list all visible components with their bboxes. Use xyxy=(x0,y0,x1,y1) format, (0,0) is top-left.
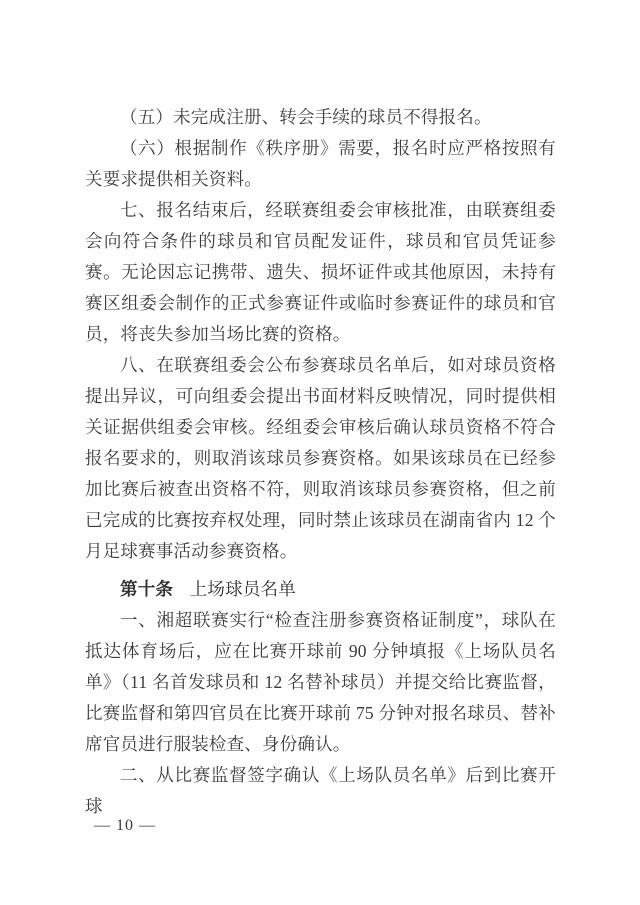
item-2-paragraph: 二、从比赛监督签字确认《上场队员名单》后到比赛开球 xyxy=(85,760,556,822)
document-body: （五）未完成注册、转会手续的球员不得报名。 （六）根据制作《秩序册》需要，报名时… xyxy=(85,102,556,822)
item-1-paragraph: 一、湘超联赛实行“检查注册参赛资格证制度”，球队在抵达体育场后，应在比赛开球前 … xyxy=(85,605,556,760)
clause-6-paragraph: （六）根据制作《秩序册》需要，报名时应严格按照有关要求提供相关资料。 xyxy=(85,133,556,195)
page-number: — 10 — xyxy=(94,817,156,835)
article-8-paragraph: 八、在联赛组委会公布参赛球员名单后，如对球员资格提出异议，可向组委会提出书面材料… xyxy=(85,350,556,567)
clause-5-paragraph: （五）未完成注册、转会手续的球员不得报名。 xyxy=(85,102,556,133)
article-10-title: 上场球员名单 xyxy=(190,579,296,599)
document-page: （五）未完成注册、转会手续的球员不得报名。 （六）根据制作《秩序册》需要，报名时… xyxy=(0,0,640,905)
article-7-paragraph: 七、报名结束后，经联赛组委会审核批准，由联赛组委会向符合条件的球员和官员配发证件… xyxy=(85,195,556,350)
article-10-heading: 第十条上场球员名单 xyxy=(85,574,556,605)
article-10-number: 第十条 xyxy=(120,579,173,599)
